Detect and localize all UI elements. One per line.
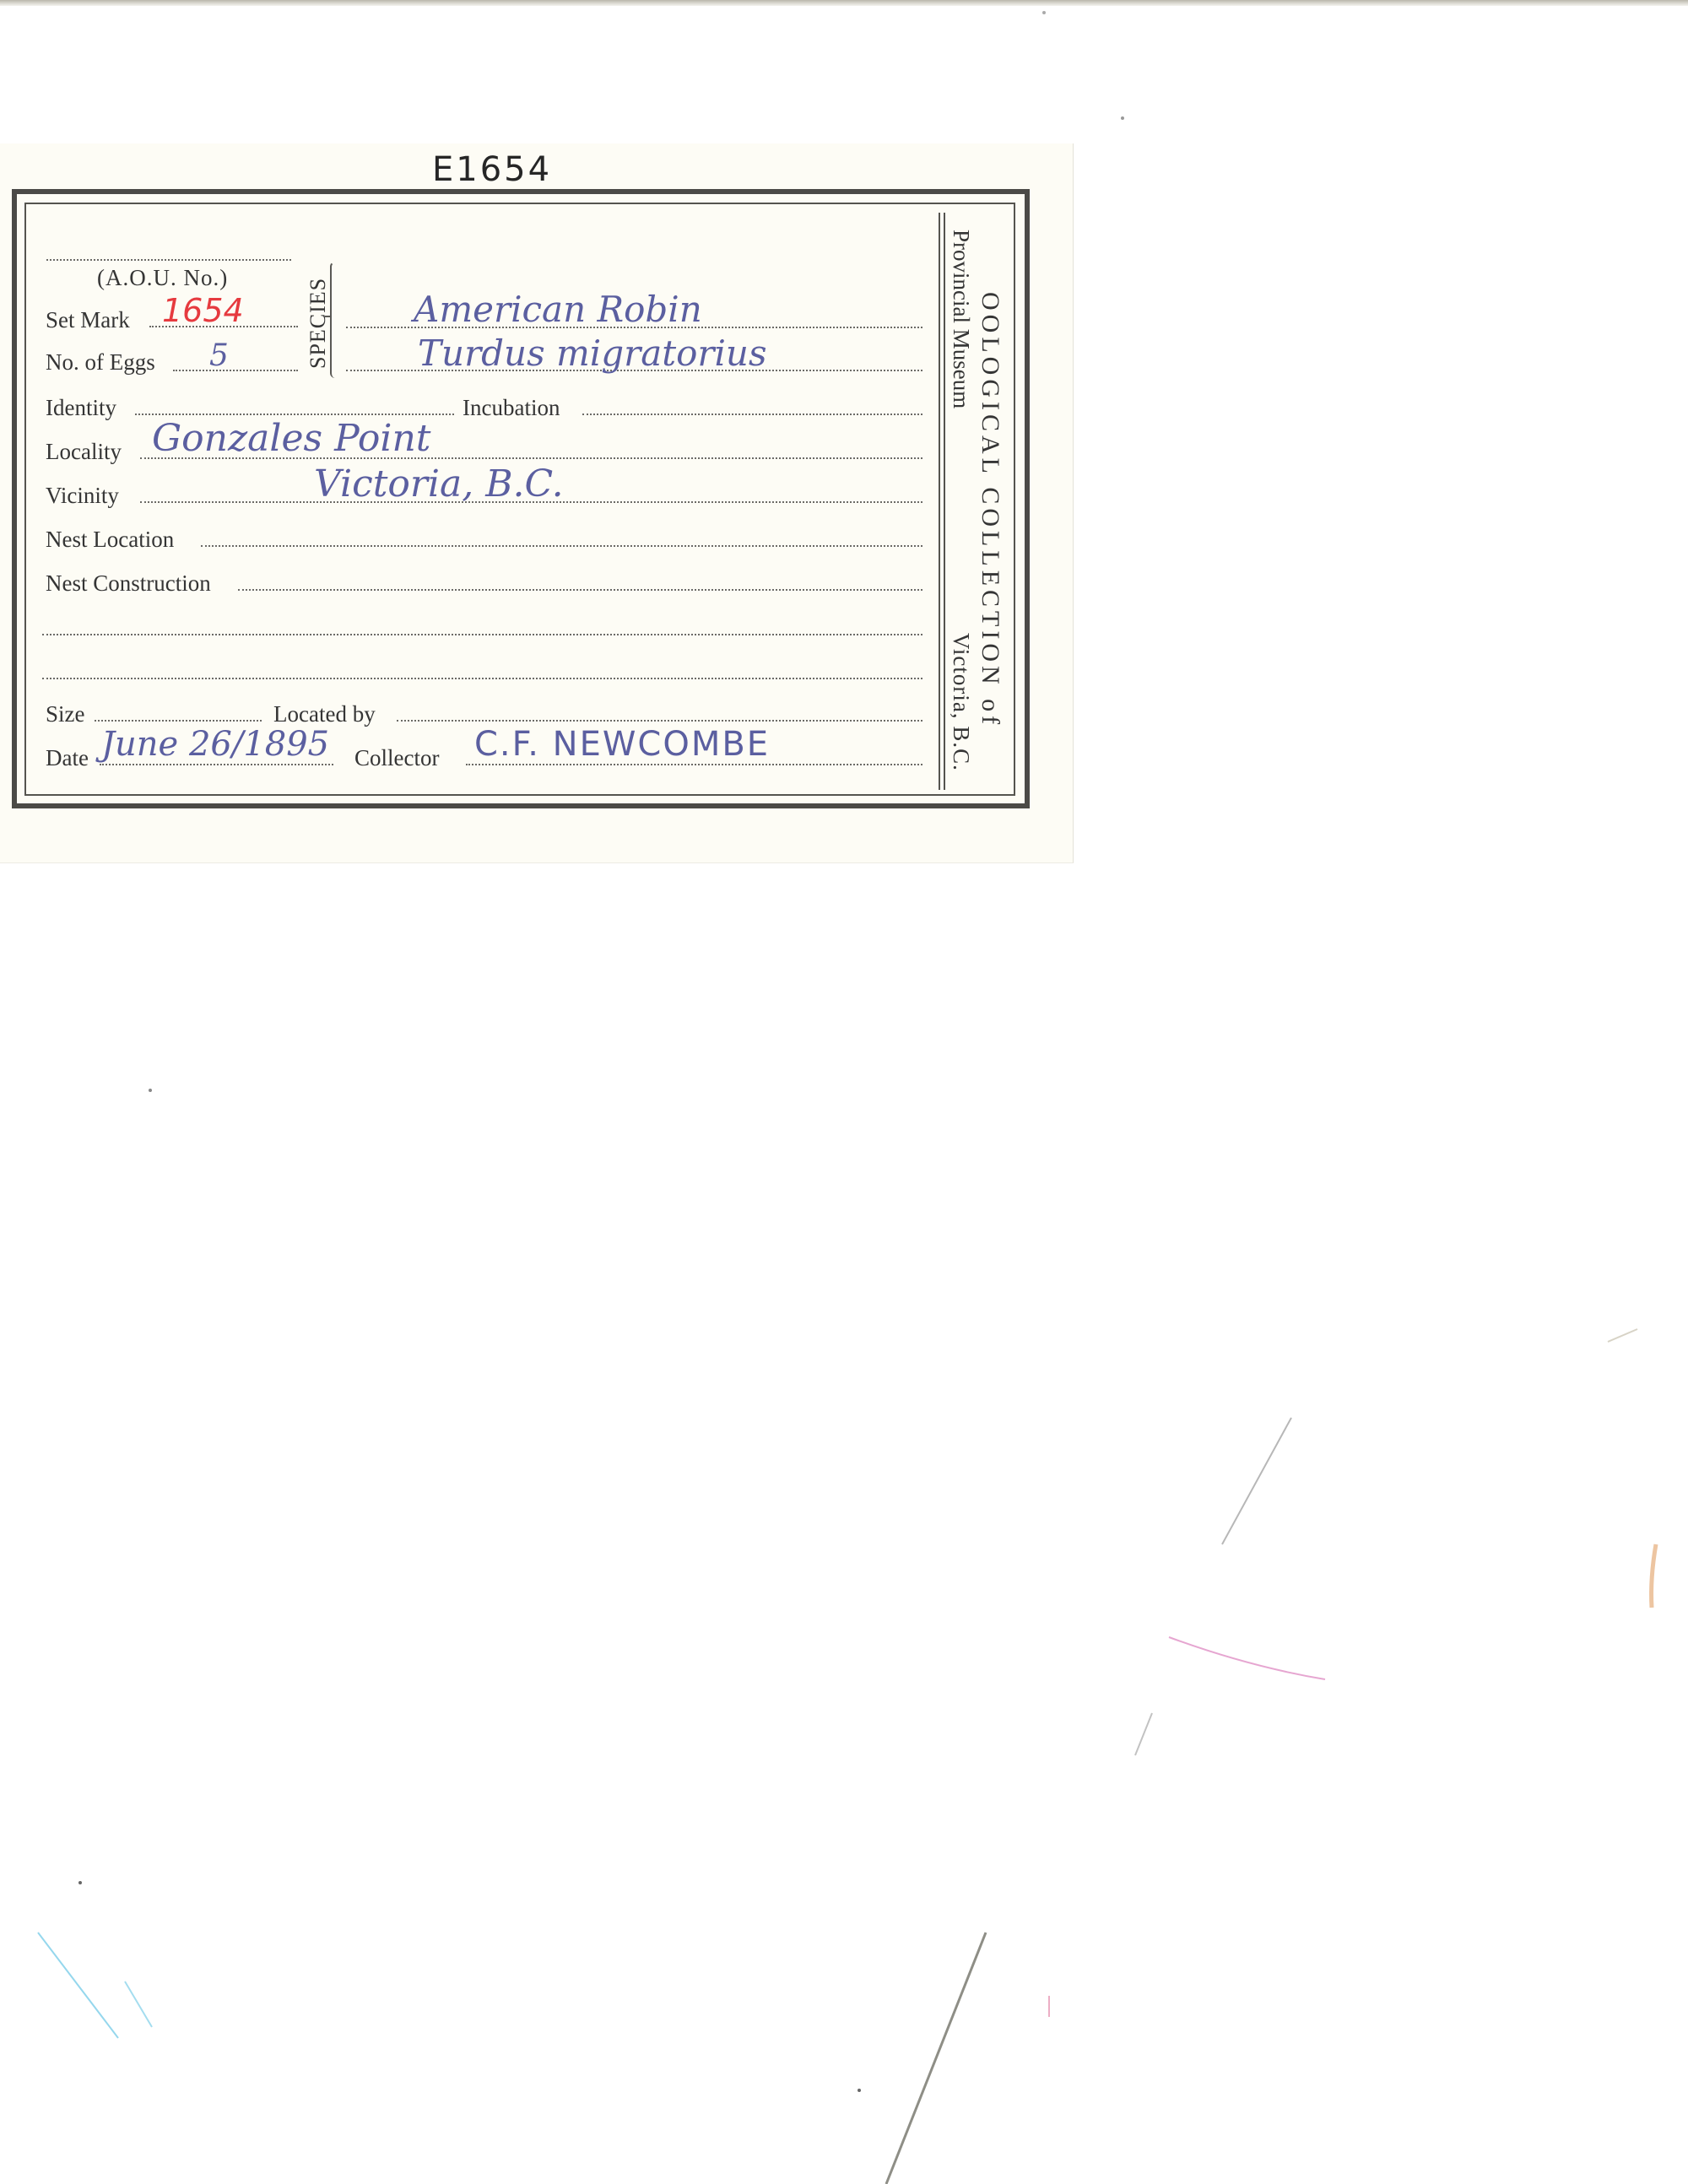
scanner-edge [0,0,1688,6]
collection-title: OOLOGICAL COLLECTION of [977,292,1003,728]
size-line [95,720,262,722]
collector-value: C.F. NEWCOMBE [474,727,770,761]
date-line [100,764,333,765]
nest-construction-line [238,589,922,591]
date-value: June 26/1895 [101,727,329,761]
species-brace [330,262,338,378]
vicinity-label: Vicinity [46,484,119,507]
set-mark-label: Set Mark [46,309,130,332]
collector-line [466,764,922,765]
no-of-eggs-line [173,370,298,371]
size-label: Size [46,703,85,726]
museum-name: Provincial Museum [949,230,972,408]
locality-value: Gonzales Point [152,420,430,457]
vicinity-value: Victoria, B.C. [314,466,564,503]
specimen-id: E1654 [432,150,552,189]
no-of-eggs-label: No. of Eggs [46,351,155,374]
locality-label: Locality [46,441,122,463]
nest-location-label: Nest Location [46,528,174,551]
blank-line-1 [42,634,922,635]
located-by-label: Located by [273,703,376,726]
date-label: Date [46,747,89,770]
species-label: SPECIES [306,278,331,369]
set-mark-value: 1654 [162,295,244,327]
identity-label: Identity [46,397,116,419]
located-by-line [397,720,922,722]
aou-no-line [46,259,291,261]
species-scientific-value: Turdus migratorius [418,336,767,371]
incubation-label: Incubation [463,397,560,419]
nest-location-line [201,545,922,547]
species-brace-tip [325,316,332,317]
no-of-eggs-value: 5 [209,341,229,371]
species-common-value: American Robin [414,292,702,327]
museum-city: Victoria, B.C. [949,633,972,771]
nest-construction-label: Nest Construction [46,572,211,595]
blank-line-2 [42,678,922,679]
aou-no-label: (A.O.U. No.) [97,267,228,289]
identity-line [135,414,454,415]
side-panel-divider [939,213,945,790]
incubation-line [582,414,922,415]
collector-label: Collector [354,747,439,770]
